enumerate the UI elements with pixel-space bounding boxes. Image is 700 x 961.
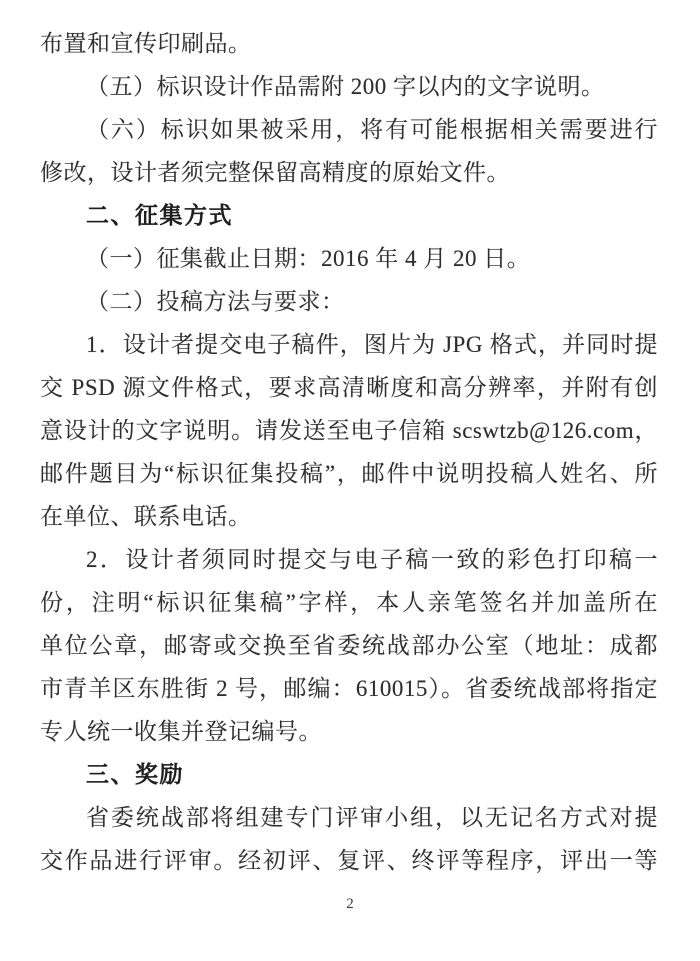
text-line: 单位公章，邮寄或交换至省委统战部办公室（地址：成都 [40, 624, 658, 667]
text-line: 省委统战部将组建专门评审小组，以无记名方式对提 [40, 796, 658, 839]
document-page: 布置和宣传印刷品。 （五）标识设计作品需附 200 字以内的文字说明。 （六）标… [0, 0, 700, 961]
text-line: 份，注明“标识征集稿”字样，本人亲笔签名并加盖所在 [40, 581, 658, 624]
text-line: 邮件题目为“标识征集投稿”，邮件中说明投稿人姓名、所 [40, 452, 658, 495]
text-line: 意设计的文字说明。请发送至电子信箱 scswtzb@126.com， [40, 409, 658, 452]
text-line: 专人统一收集并登记编号。 [40, 710, 658, 753]
section-heading: 三、奖励 [40, 753, 658, 796]
page-number: 2 [0, 896, 700, 913]
text-line: （一）征集截止日期：2016 年 4 月 20 日。 [40, 237, 658, 280]
text-line: 在单位、联系电话。 [40, 495, 658, 538]
text-line: 交作品进行评审。经初评、复评、终评等程序，评出一等 [40, 839, 658, 882]
document-body: 布置和宣传印刷品。 （五）标识设计作品需附 200 字以内的文字说明。 （六）标… [40, 22, 658, 882]
text-line: （二）投稿方法与要求： [40, 280, 658, 323]
text-line: 市青羊区东胜街 2 号，邮编：610015）。省委统战部将指定 [40, 667, 658, 710]
text-line: 2．设计者须同时提交与电子稿一致的彩色打印稿一 [40, 538, 658, 581]
text-line: （五）标识设计作品需附 200 字以内的文字说明。 [40, 65, 658, 108]
text-line: 1．设计者提交电子稿件，图片为 JPG 格式，并同时提 [40, 323, 658, 366]
text-line: 修改，设计者须完整保留高精度的原始文件。 [40, 151, 658, 194]
text-line: 交 PSD 源文件格式，要求高清晰度和高分辨率，并附有创 [40, 366, 658, 409]
section-heading: 二、征集方式 [40, 194, 658, 237]
text-line: （六）标识如果被采用，将有可能根据相关需要进行 [40, 108, 658, 151]
text-line: 布置和宣传印刷品。 [40, 22, 658, 65]
